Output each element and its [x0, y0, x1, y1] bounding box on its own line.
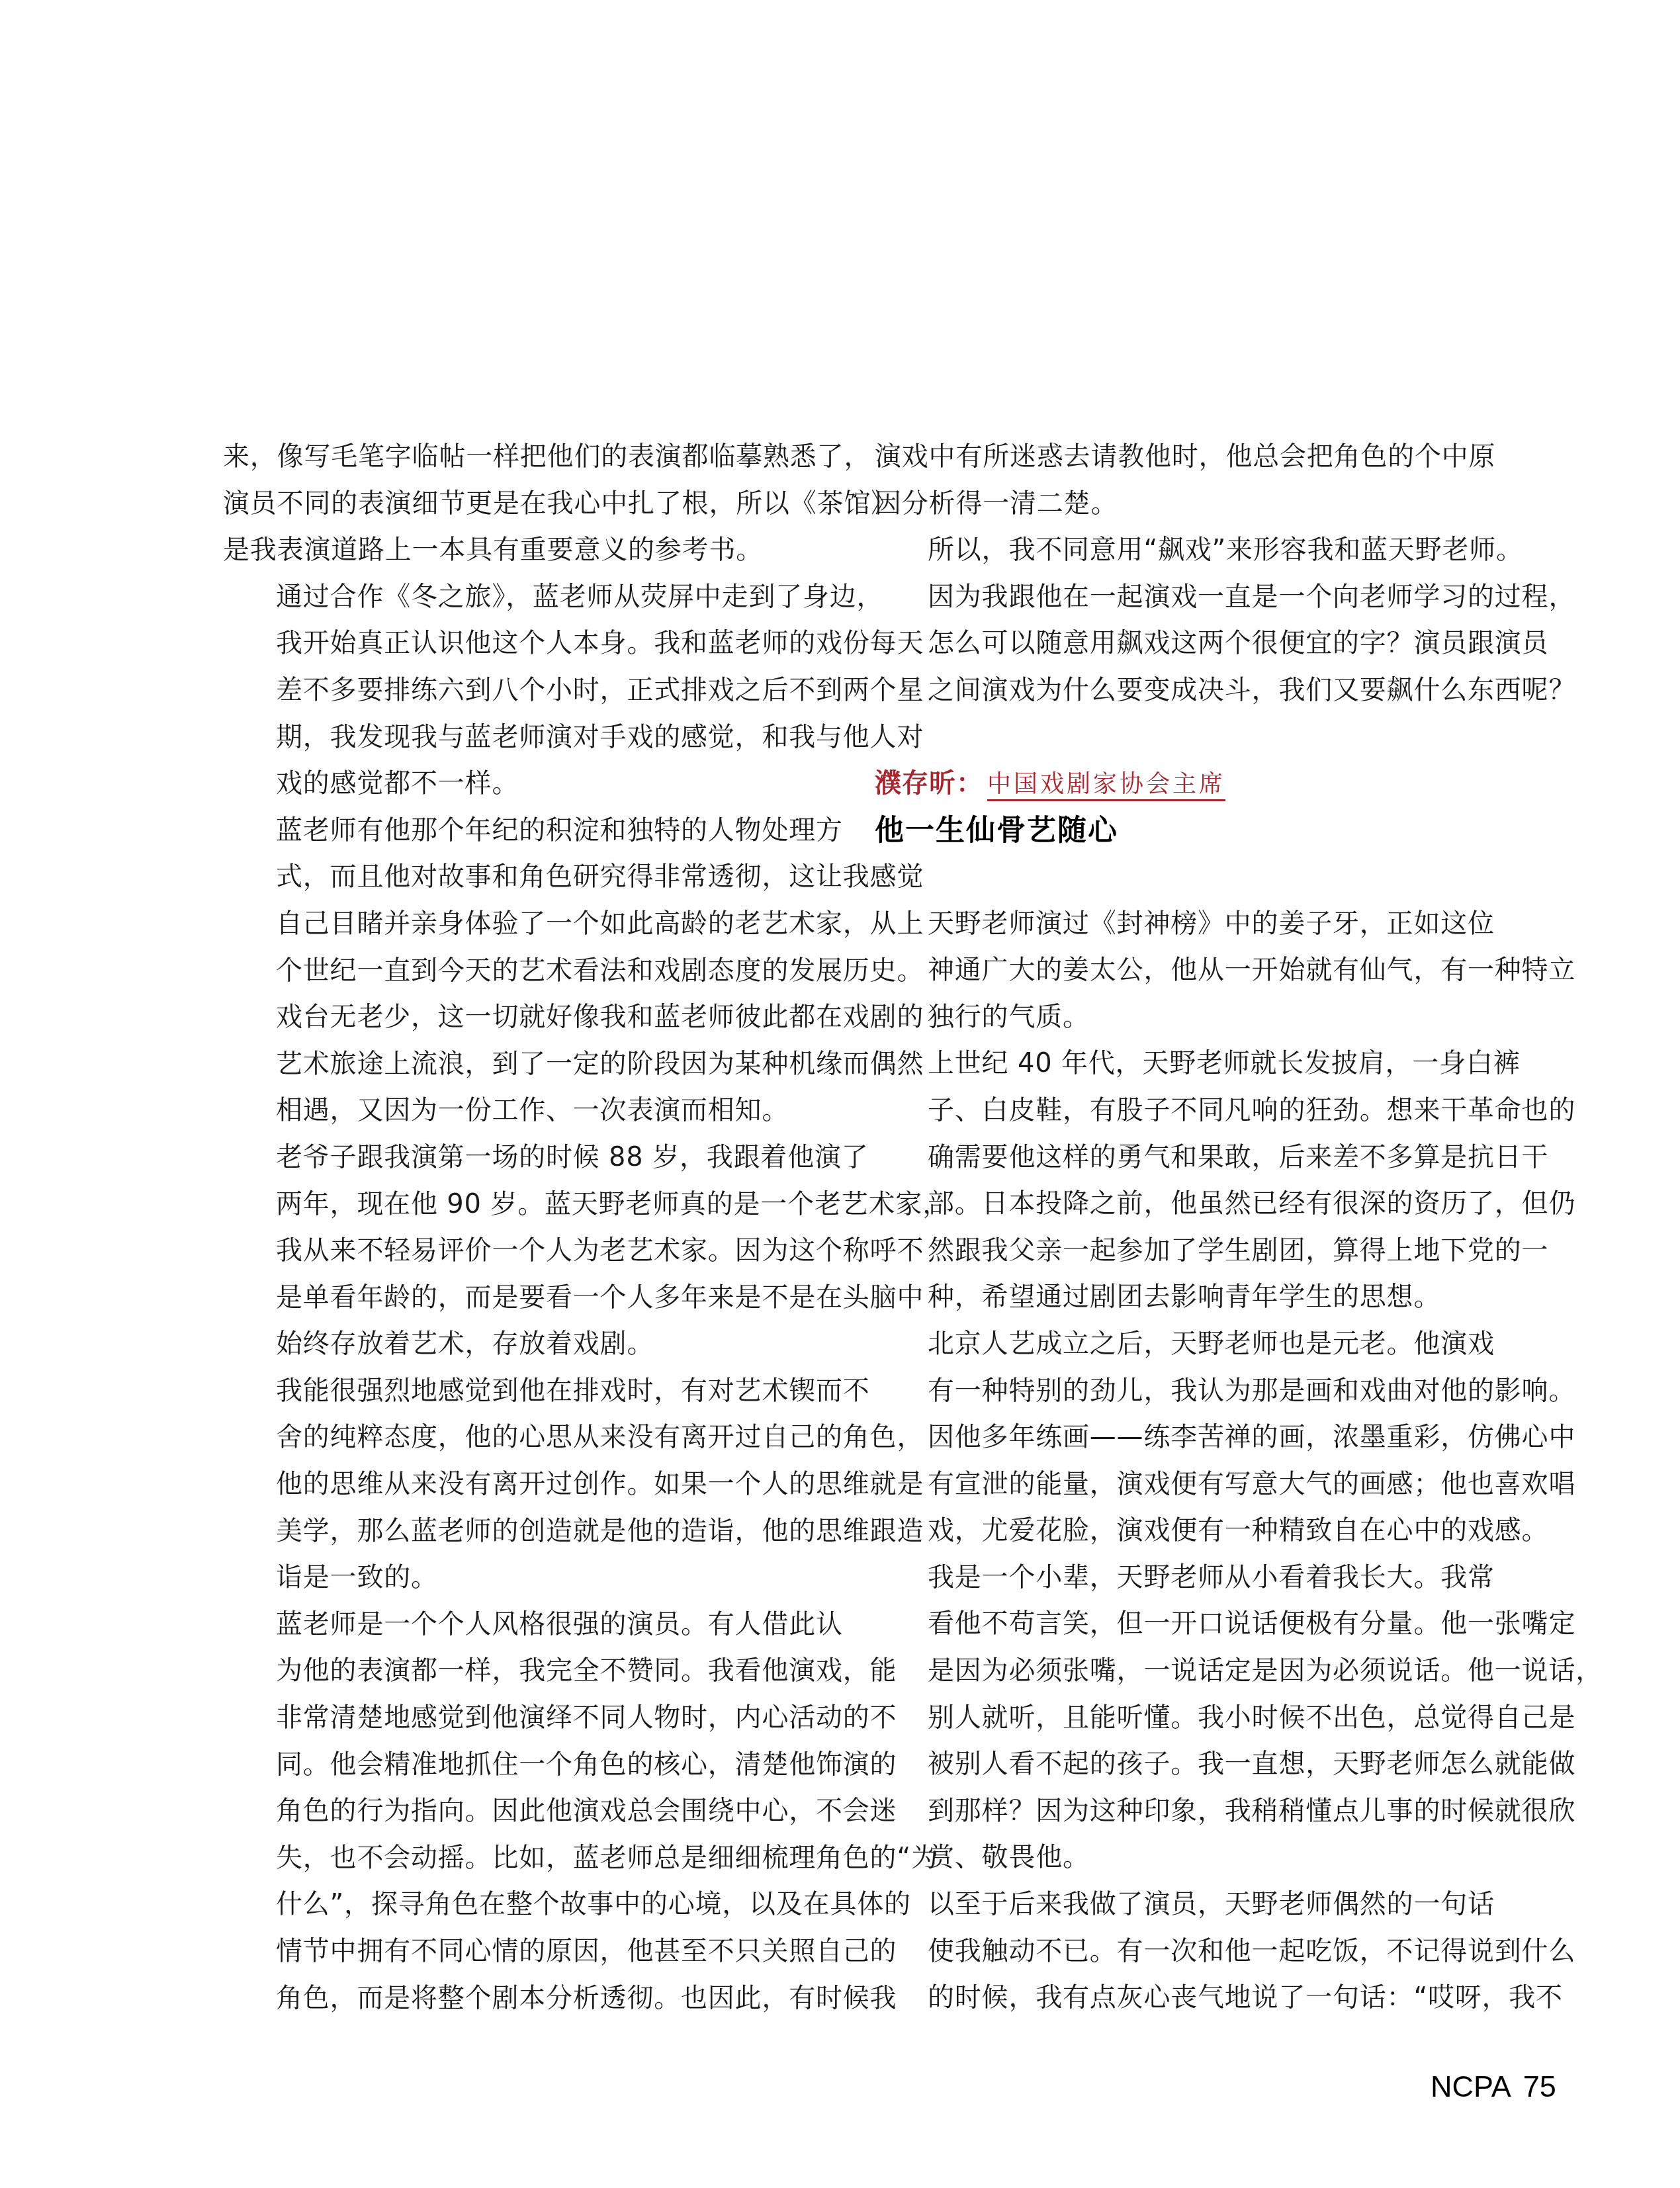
text-line: 诣是一致的。: [223, 1554, 842, 1601]
paragraph: 来，像写毛笔字临帖一样把他们的表演都临摹熟悉了，演员不同的表演细节更是在我心中扎…: [223, 433, 842, 574]
text-line: 看他不苟言笑，但一开口说话便极有分量。他一张嘴定: [875, 1600, 1494, 1647]
text-line: 老爷子跟我演第一场的时候 88 岁，我跟着他演了: [223, 1134, 842, 1181]
left-column: 来，像写毛笔字临帖一样把他们的表演都临摹熟悉了，演员不同的表演细节更是在我心中扎…: [223, 433, 842, 2021]
paragraph: 以至于后来我做了演员，天野老师偶然的一句话使我触动不已。有一次和他一起吃饭，不记…: [875, 1881, 1494, 2021]
paragraph: 所以，我不同意用“飙戏”来形容我和蓝天野老师。因为我跟他在一起演戏一直是一个向老…: [875, 527, 1494, 713]
section-headline: 他一生仙骨艺随心: [875, 808, 1494, 854]
text-line: 使我触动不已。有一次和他一起吃饭，不记得说到什么: [875, 1928, 1494, 1975]
text-line: 期，我发现我与蓝老师演对手戏的感觉，和我与他人对: [223, 714, 842, 761]
text-line: 因分析得一清二楚。: [875, 480, 1494, 527]
page-footer: NCPA75: [1431, 2070, 1556, 2104]
text-line: 有一种特别的劲儿，我认为那是画和戏曲对他的影响。: [875, 1368, 1494, 1415]
text-line: 我从来不轻易评价一个人为老艺术家。因为这个称呼不: [223, 1227, 842, 1274]
text-line: 是我表演道路上一本具有重要意义的参考书。: [223, 527, 842, 574]
byline: 濮存昕：中国戏剧家协会主席: [875, 760, 1494, 808]
paragraph: 演戏中有所迷惑去请教他时，他总会把角色的个中原因分析得一清二楚。: [875, 433, 1494, 527]
paragraph: 通过合作《冬之旅》，蓝老师从荧屏中走到了身边，我开始真正认识他这个人本身。我和蓝…: [223, 574, 842, 807]
text-line: 戏的感觉都不一样。: [223, 760, 842, 807]
paragraph: 上世纪 40 年代，天野老师就长发披肩，一身白裤子、白皮鞋，有股子不同凡响的狂劲…: [875, 1040, 1494, 1321]
paragraph: 我能很强烈地感觉到他在排戏时，有对艺术锲而不舍的纯粹态度，他的心思从来没有离开过…: [223, 1368, 842, 1601]
text-line: 有宣泄的能量，演戏便有写意大气的画感；他也喜欢唱: [875, 1461, 1494, 1508]
text-line: 差不多要排练六到八个小时，正式排戏之后不到两个星: [223, 667, 842, 714]
text-line: 北京人艺成立之后，天野老师也是元老。他演戏: [875, 1321, 1494, 1368]
paragraph: 蓝老师是一个个人风格很强的演员。有人借此认为他的表演都一样，我完全不赞同。我看他…: [223, 1601, 842, 2021]
text-line: 的时候，我有点灰心丧气地说了一句话：“哎呀，我不: [875, 1974, 1494, 2021]
page-number: 75: [1523, 2070, 1556, 2103]
right-column: 演戏中有所迷惑去请教他时，他总会把角色的个中原因分析得一清二楚。所以，我不同意用…: [875, 433, 1494, 2021]
text-line: 相遇，又因为一份工作、一次表演而相知。: [223, 1087, 842, 1134]
text-line: 情节中拥有不同心情的原因，他甚至不只关照自己的: [223, 1928, 842, 1975]
paragraph: 天野老师演过《封神榜》中的姜子牙，正如这位神通广大的姜太公，他从一开始就有仙气，…: [875, 900, 1494, 1041]
paragraph: 我是一个小辈，天野老师从小看着我长大。我常看他不苟言笑，但一开口说话便极有分量。…: [875, 1554, 1494, 1881]
text-line: 自己目睹并亲身体验了一个如此高龄的老艺术家，从上: [223, 900, 842, 947]
text-line: 是单看年龄的，而是要看一个人多年来是不是在头脑中: [223, 1274, 842, 1321]
text-line: 独行的气质。: [875, 994, 1494, 1041]
text-line: 非常清楚地感觉到他演绎不同人物时，内心活动的不: [223, 1694, 842, 1741]
text-line: 我是一个小辈，天野老师从小看着我长大。我常: [875, 1554, 1494, 1601]
text-line: 为他的表演都一样，我完全不赞同。我看他演戏，能: [223, 1647, 842, 1694]
text-line: 失，也不会动摇。比如，蓝老师总是细细梳理角色的“为: [223, 1835, 842, 1882]
text-line: 角色的行为指向。因此他演戏总会围绕中心，不会迷: [223, 1788, 842, 1835]
publication-name: NCPA: [1431, 2070, 1511, 2103]
text-line: 部。日本投降之前，他虽然已经有很深的资历了，但仍: [875, 1180, 1494, 1227]
text-line: 来，像写毛笔字临帖一样把他们的表演都临摹熟悉了，: [223, 433, 842, 480]
text-line: 艺术旅途上流浪，到了一定的阶段因为某种机缘而偶然: [223, 1041, 842, 1088]
text-line: 之间演戏为什么要变成决斗，我们又要飙什么东西呢？: [875, 667, 1494, 714]
text-line: 演员不同的表演细节更是在我心中扎了根，所以《茶馆》: [223, 480, 842, 527]
text-line: 确需要他这样的勇气和果敢，后来差不多算是抗日干: [875, 1134, 1494, 1181]
text-line: 通过合作《冬之旅》，蓝老师从荧屏中走到了身边，: [223, 574, 842, 621]
text-line: 别人就听，且能听懂。我小时候不出色，总觉得自己是: [875, 1694, 1494, 1741]
text-line: 子、白皮鞋，有股子不同凡响的狂劲。想来干革命也的: [875, 1087, 1494, 1134]
text-line: 角色，而是将整个剧本分析透彻。也因此，有时候我: [223, 1975, 842, 2022]
text-line: 演戏中有所迷惑去请教他时，他总会把角色的个中原: [875, 433, 1494, 480]
text-line: 神通广大的姜太公，他从一开始就有仙气，有一种特立: [875, 947, 1494, 994]
left-column-body: 来，像写毛笔字临帖一样把他们的表演都临摹熟悉了，演员不同的表演细节更是在我心中扎…: [223, 433, 842, 2021]
text-line: 蓝老师有他那个年纪的积淀和独特的人物处理方: [223, 807, 842, 854]
text-line: 他的思维从来没有离开过创作。如果一个人的思维就是: [223, 1461, 842, 1508]
text-line: 同。他会精准地抓住一个角色的核心，清楚他饰演的: [223, 1741, 842, 1788]
text-line: 蓝老师是一个个人风格很强的演员。有人借此认: [223, 1601, 842, 1648]
text-line: 美学，那么蓝老师的创造就是他的造诣，他的思维跟造: [223, 1508, 842, 1555]
text-line: 怎么可以随意用飙戏这两个很便宜的字？演员跟演员: [875, 620, 1494, 667]
text-line: 戏台无老少，这一切就好像我和蓝老师彼此都在戏剧的: [223, 994, 842, 1041]
paragraph: 老爷子跟我演第一场的时候 88 岁，我跟着他演了两年，现在他 90 岁。蓝天野老…: [223, 1134, 842, 1368]
text-line: 始终存放着艺术，存放着戏剧。: [223, 1321, 842, 1368]
text-line: 因为我跟他在一起演戏一直是一个向老师学习的过程，: [875, 574, 1494, 621]
text-line: 是因为必须张嘴，一说话定是因为必须说话。他一说话，: [875, 1647, 1494, 1694]
right-column-body-after: 天野老师演过《封神榜》中的姜子牙，正如这位神通广大的姜太公，他从一开始就有仙气，…: [875, 900, 1494, 2021]
text-line: 然跟我父亲一起参加了学生剧团，算得上地下党的一: [875, 1227, 1494, 1274]
text-line: 以至于后来我做了演员，天野老师偶然的一句话: [875, 1881, 1494, 1928]
text-line: 种，希望通过剧团去影响青年学生的思想。: [875, 1274, 1494, 1321]
text-line: 到那样？因为这种印象，我稍稍懂点儿事的时候就很欣: [875, 1788, 1494, 1835]
text-line: 所以，我不同意用“飙戏”来形容我和蓝天野老师。: [875, 527, 1494, 574]
paragraph: 蓝老师有他那个年纪的积淀和独特的人物处理方式，而且他对故事和角色研究得非常透彻，…: [223, 807, 842, 1134]
text-line: 什么”，探寻角色在整个故事中的心境，以及在具体的: [223, 1881, 842, 1928]
text-line: 我开始真正认识他这个人本身。我和蓝老师的戏份每天: [223, 620, 842, 667]
text-line: 赏、敬畏他。: [875, 1834, 1494, 1881]
section-gap: [875, 714, 1494, 760]
byline-name: 濮存昕：: [875, 768, 983, 799]
text-line: 两年，现在他 90 岁。蓝天野老师真的是一个老艺术家，: [223, 1181, 842, 1228]
right-column-body-before: 演戏中有所迷惑去请教他时，他总会把角色的个中原因分析得一清二楚。所以，我不同意用…: [875, 433, 1494, 714]
text-line: 式，而且他对故事和角色研究得非常透彻，这让我感觉: [223, 853, 842, 900]
text-line: 我能很强烈地感觉到他在排戏时，有对艺术锲而不: [223, 1368, 842, 1415]
text-line: 天野老师演过《封神榜》中的姜子牙，正如这位: [875, 900, 1494, 947]
text-line: 个世纪一直到今天的艺术看法和戏剧态度的发展历史。: [223, 947, 842, 994]
paragraph: 北京人艺成立之后，天野老师也是元老。他演戏有一种特别的劲儿，我认为那是画和戏曲对…: [875, 1321, 1494, 1554]
text-line: 戏，尤爱花脸，演戏便有一种精致自在心中的戏感。: [875, 1507, 1494, 1554]
text-line: 被别人看不起的孩子。我一直想，天野老师怎么就能做: [875, 1741, 1494, 1788]
text-line: 舍的纯粹态度，他的心思从来没有离开过自己的角色，: [223, 1414, 842, 1461]
byline-title: 中国戏剧家协会主席: [987, 771, 1225, 801]
text-line: 因他多年练画——练李苦禅的画，浓墨重彩，仿佛心中: [875, 1414, 1494, 1461]
text-line: 上世纪 40 年代，天野老师就长发披肩，一身白裤: [875, 1040, 1494, 1087]
